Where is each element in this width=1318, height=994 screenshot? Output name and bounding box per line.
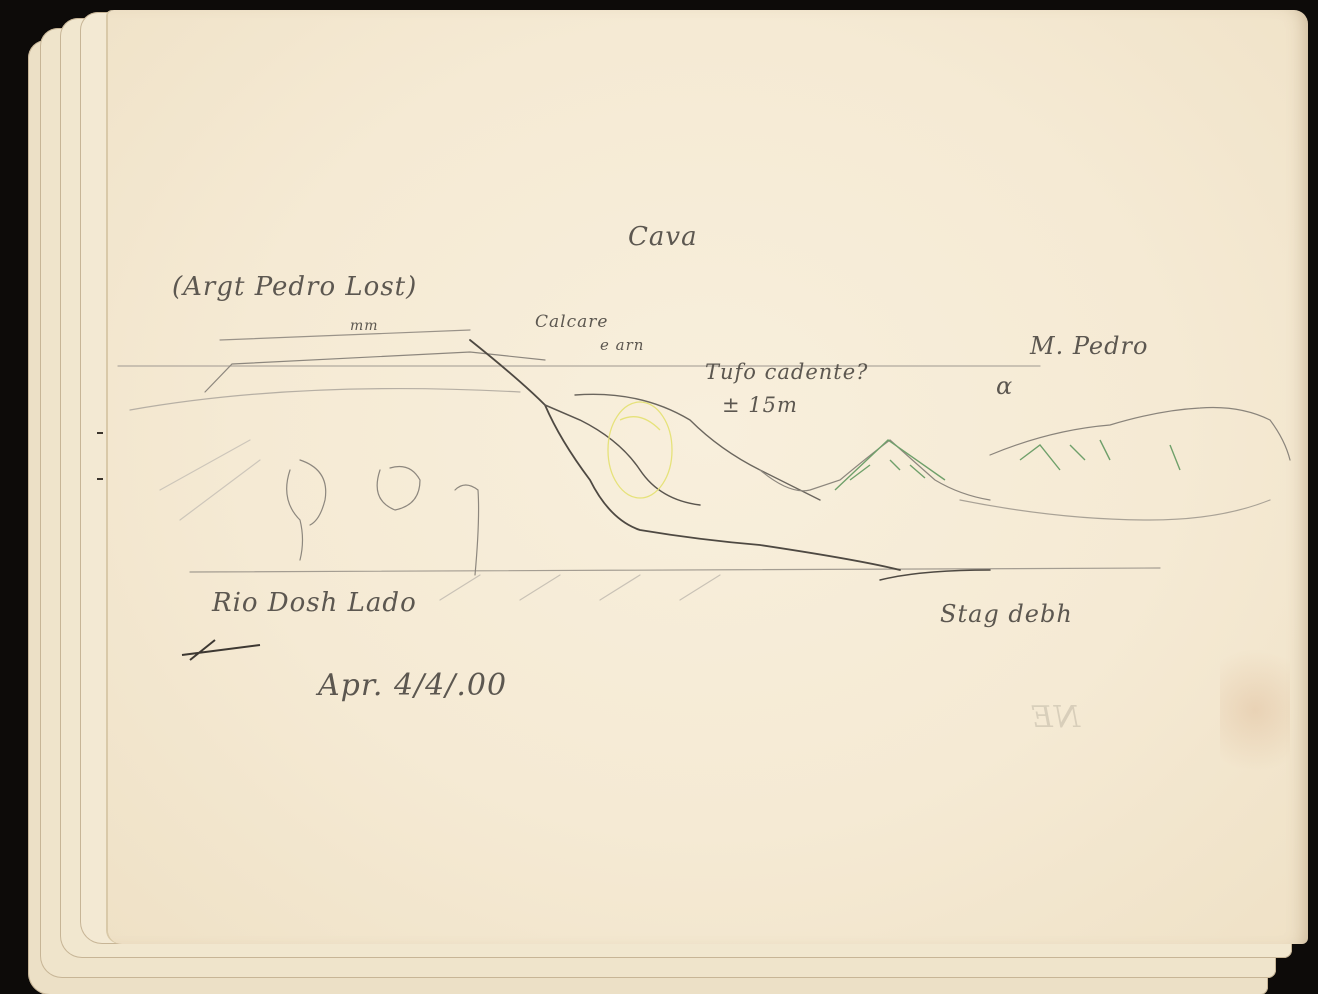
annotation-ridge-1: Calcare: [535, 312, 608, 332]
annotation-ridge-2: e arn: [600, 336, 644, 354]
annotation-date: Apr. 4/4/.00: [318, 668, 507, 703]
annotation-top-left-under: mm: [350, 318, 379, 334]
annotation-lower-right: Stag debh: [940, 600, 1073, 628]
annotation-right-peak: M. Pedro: [1030, 332, 1148, 360]
annotation-cliff-height: ± 15m: [722, 393, 798, 417]
annotation-top-left: (Argt Pedro Lost): [172, 272, 417, 302]
landscape-sketch: [0, 0, 1318, 994]
annotation-ghost: NE: [1030, 700, 1080, 735]
annotation-lower-left: Rio Dosh Lado: [212, 588, 417, 618]
annotation-cliff: Tufo cadente?: [705, 360, 868, 384]
annotation-right-mark: α: [996, 372, 1013, 400]
annotation-title: Cava: [628, 222, 698, 252]
